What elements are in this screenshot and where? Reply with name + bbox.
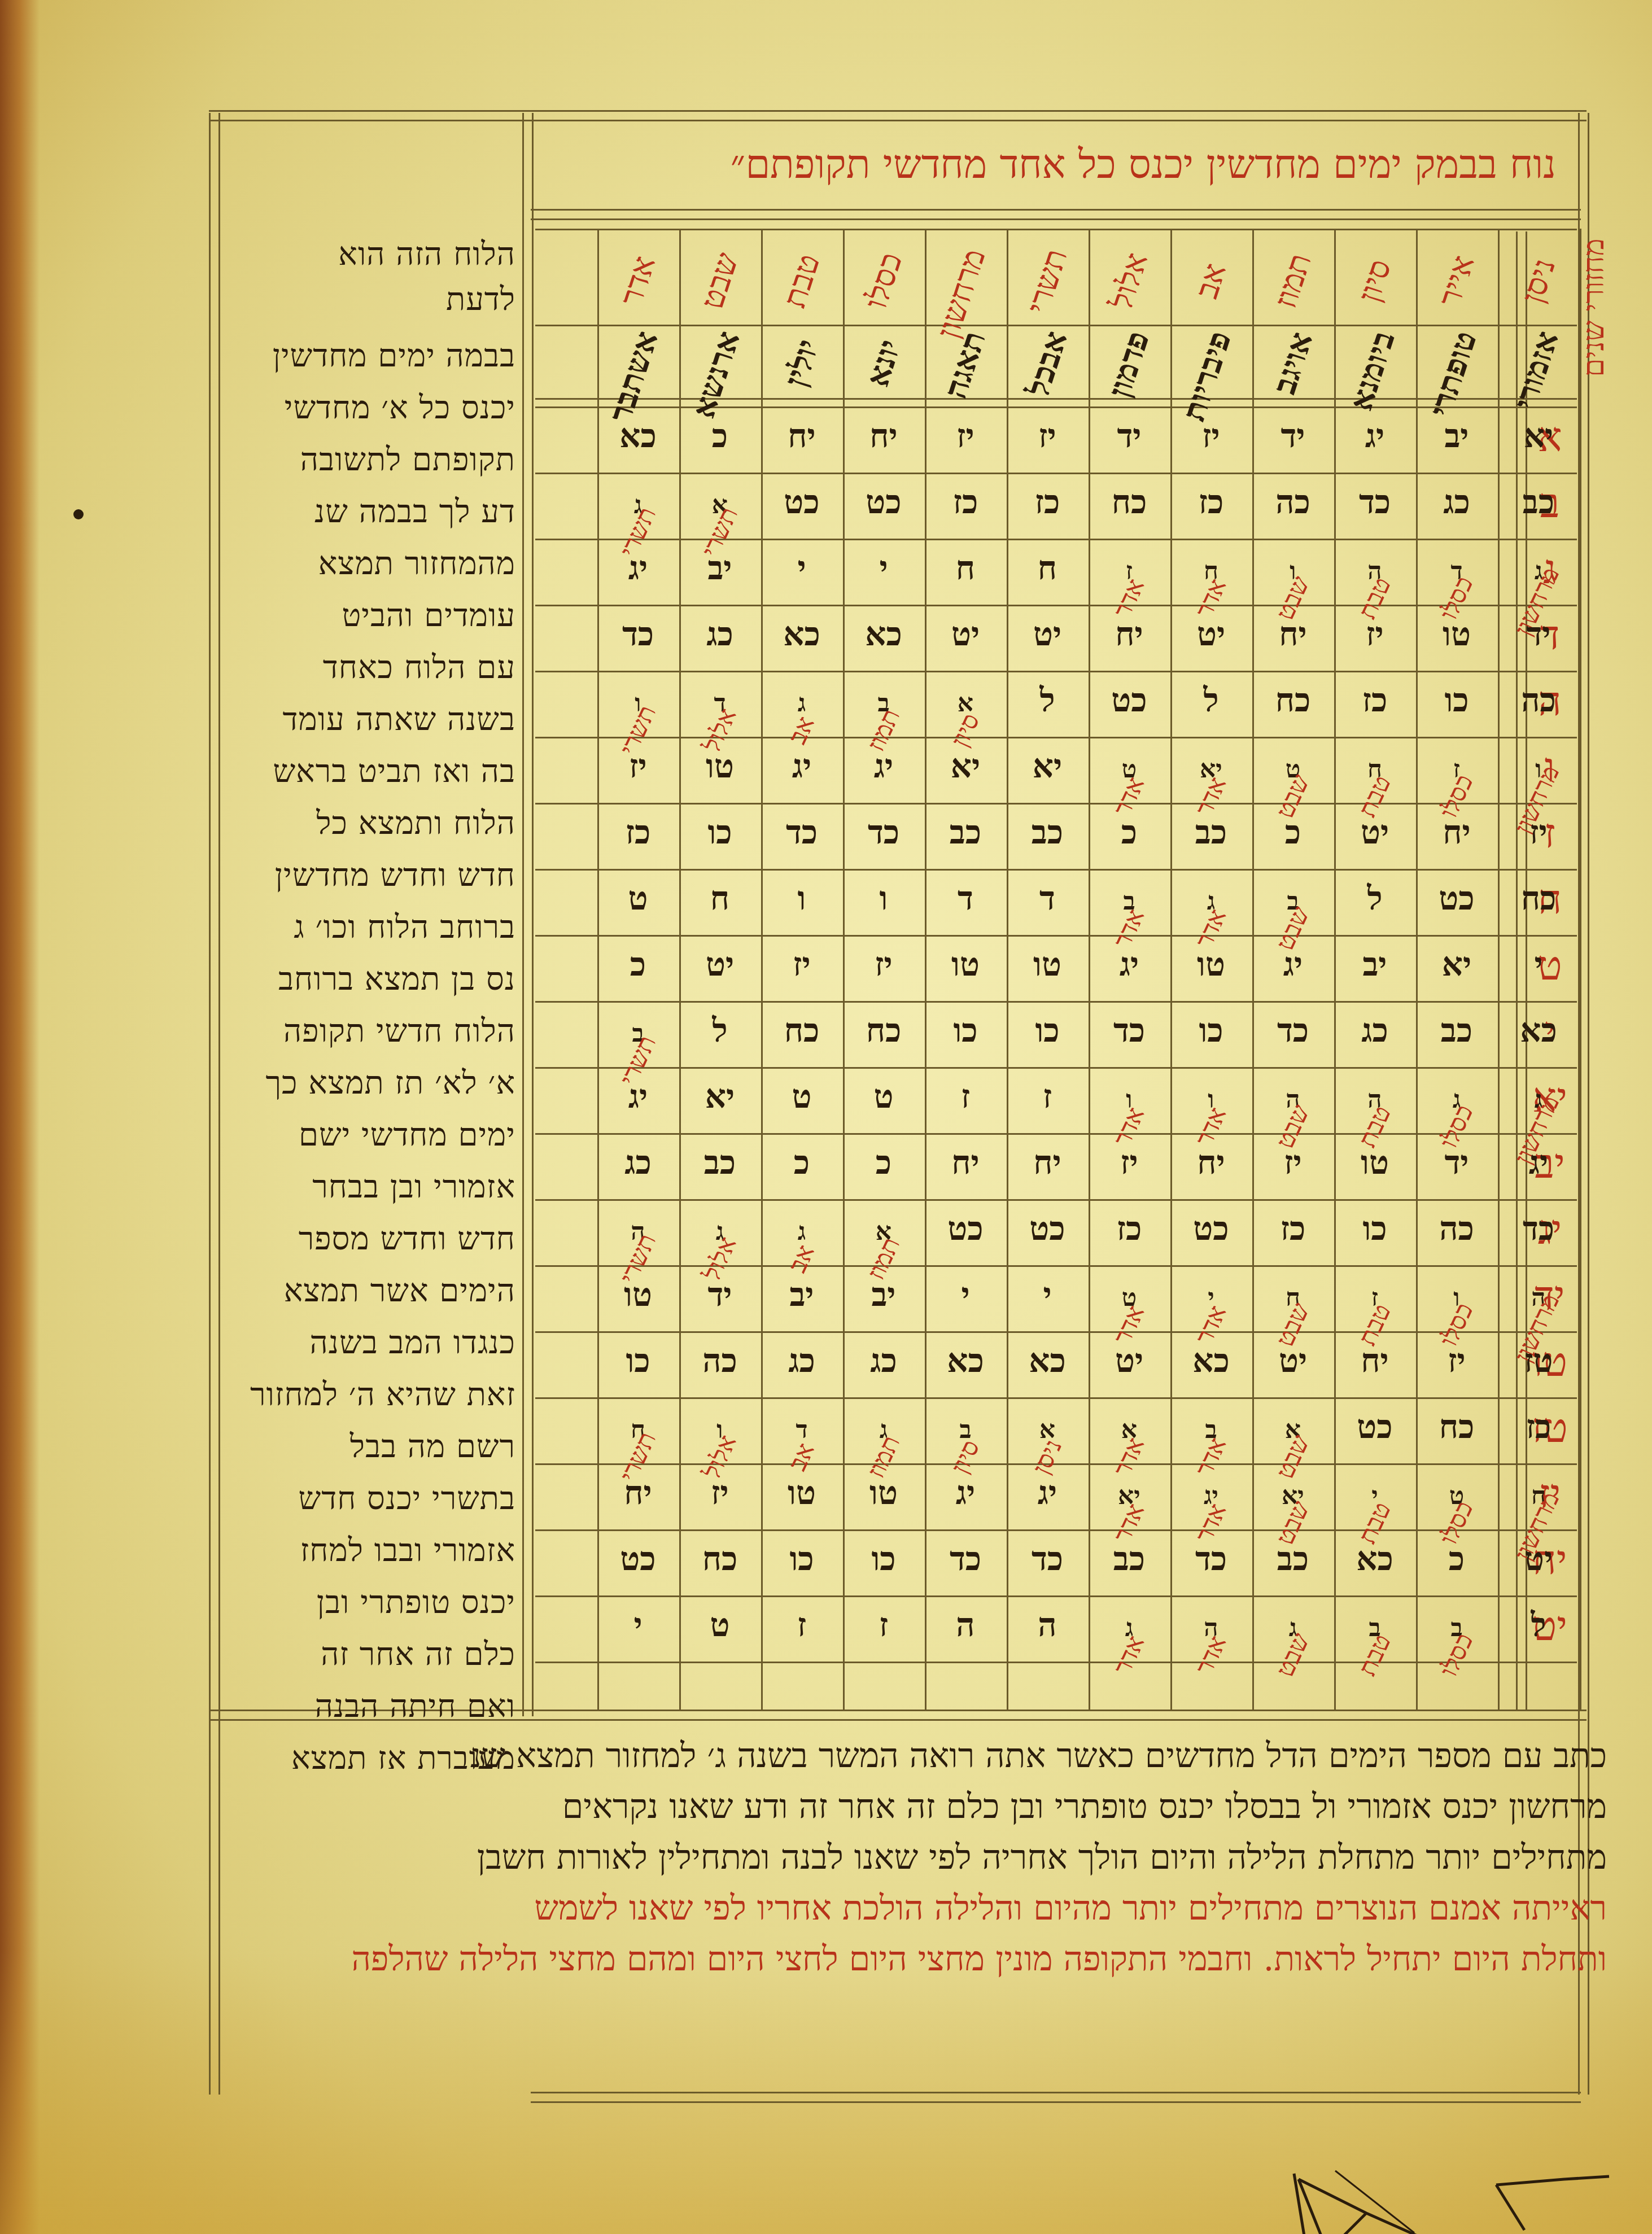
table-cell: האדר [1179, 1606, 1243, 1669]
table-cell: כא [851, 615, 916, 653]
left-text-line: הימים אשר תמצא [284, 1273, 515, 1309]
left-text-line: עומדים והביט [342, 597, 515, 634]
table-cell: הטבת [1343, 1077, 1407, 1141]
left-text-line: דע לך בבמה שנ [314, 493, 515, 530]
table-cell: כח [688, 1540, 752, 1578]
table-cell: כו [770, 1540, 834, 1578]
table-cell: כו [606, 1341, 670, 1380]
tekufa-header: יונא [856, 327, 911, 400]
table-cell: טו [688, 747, 752, 785]
table-cell: י [851, 549, 916, 587]
month-header: טבת [774, 244, 829, 317]
table-cell: כ [770, 1143, 834, 1182]
table-cell: יז [1015, 417, 1080, 455]
table-cell: יג [606, 1077, 670, 1116]
table-cell: יז [1179, 417, 1243, 455]
tekufa-header: ארנשא [692, 327, 748, 400]
bottom-line-4-red: ראייתה אמנם הנוצרים מתחילים יותר מהיום ו… [534, 1888, 1607, 1928]
table-cell: כב [1424, 1011, 1489, 1050]
table-cell: טו [1343, 1143, 1407, 1182]
table-cell: יד [688, 1275, 752, 1314]
table-cell: יד [1097, 417, 1161, 455]
table-cell: טו [1424, 615, 1489, 653]
table-cell: גאב [770, 681, 834, 745]
table-cell: כו [1179, 1011, 1243, 1050]
row-rule [535, 325, 1577, 326]
left-text-line: חדש וחדש מחדשין [275, 857, 515, 894]
table-cell: חתשרי [606, 1407, 670, 1471]
table-cell: זכסלו [1424, 747, 1489, 811]
table-cell: כח [1424, 1407, 1489, 1446]
table-cell: יב [1424, 417, 1489, 455]
table-cell: באדר [1097, 879, 1161, 943]
table-cell: י [1015, 1275, 1080, 1314]
table-cell: כג [770, 1341, 834, 1380]
table-cell: כט [1424, 879, 1489, 917]
top-frame-rule [209, 110, 1587, 121]
page-title: נוח בבמק ימים מחדשין יכנס כל אחד מחדשי ת… [731, 141, 1556, 188]
table-cell: יט [1261, 1341, 1325, 1380]
table-cell: כ [606, 945, 670, 983]
table-cell: ל [688, 1011, 752, 1050]
left-text-line: יכנס טופתרי ובן [317, 1584, 515, 1621]
table-cell: דכסלו [1424, 549, 1489, 613]
table-cell: יג [1506, 1143, 1571, 1182]
left-text-line: אזמורי ובבו למחז [300, 1532, 515, 1569]
table-cell: כט [770, 483, 834, 521]
table-cell: כו [933, 1011, 998, 1050]
table-cell: אאדר [1097, 1407, 1161, 1471]
table-cell: יז [1424, 1341, 1489, 1380]
table-cell: כד [851, 813, 916, 851]
table-cell: כ [851, 1143, 916, 1182]
table-cell: יאשבט [1261, 1474, 1325, 1537]
table-cell: כט [1015, 1209, 1080, 1248]
row-rule [535, 1067, 1577, 1069]
row-rule [535, 1199, 1577, 1201]
table-cell: ה [933, 1606, 998, 1644]
table-cell: יג [1343, 417, 1407, 455]
table-cell: יא [1015, 747, 1080, 785]
table-cell: יא [1506, 417, 1571, 455]
table-cell: יא [933, 747, 998, 785]
table-cell: כב [1015, 813, 1080, 851]
tekufa-header: אשתבר [610, 327, 666, 400]
table-cell: יב [1343, 945, 1407, 983]
table-cell: אתשרי [688, 483, 752, 547]
table-cell: כג [606, 1143, 670, 1182]
table-cell: כב [1097, 1540, 1161, 1578]
page-spine-shadow [0, 0, 40, 2234]
table-cell: כז [1097, 1209, 1161, 1248]
month-header: מרחשון [938, 244, 993, 317]
table-cell: כד [1261, 1011, 1325, 1050]
column-rule [1170, 229, 1172, 1711]
table-cell: גשבט [1261, 1606, 1325, 1669]
table-cell: גאדר [1179, 879, 1243, 943]
table-cell: יט [933, 615, 998, 653]
table-cell: ט [688, 1606, 752, 1644]
column-rule [1007, 229, 1008, 1711]
table-cell: יט [1015, 615, 1080, 653]
table-cell: טאדר [1097, 747, 1161, 811]
bottom-line-2: מרחשון יכנס אזמורי ול בבסלו יכנס טופתרי … [562, 1787, 1607, 1826]
table-cell: יח [1179, 1143, 1243, 1182]
left-heading-line-1: הלוח הזה הוא [338, 236, 515, 273]
table-cell: יב [851, 1275, 916, 1314]
table-cell: בסיון [933, 1407, 998, 1471]
table-cell: כח [1506, 879, 1571, 917]
table-cell: אסיון [933, 681, 998, 745]
table-cell: יח [851, 417, 916, 455]
table-cell: יג [1015, 1474, 1080, 1512]
table-cell: יג [851, 747, 916, 785]
month-header: תמוז [1265, 244, 1320, 317]
table-cell: יט [1097, 1341, 1161, 1380]
table-cell: ז [770, 1606, 834, 1644]
row-rule [535, 1595, 1577, 1597]
left-text-line: עם הלוח כאחד [323, 649, 515, 686]
left-text-line: זאת שהיא ה׳ למחזור [250, 1376, 515, 1413]
tekufa-header: אזמורי [1511, 327, 1566, 400]
tekufa-header: פיבריות [1183, 327, 1239, 400]
table-cell: ט [851, 1077, 916, 1116]
table-cell: ו [851, 879, 916, 917]
table-cell: דאב [770, 1407, 834, 1471]
table-cell: כ [1424, 1540, 1489, 1578]
left-text-line: כלם זה אחר זה [321, 1636, 515, 1673]
table-cell: כד [770, 813, 834, 851]
table-cell: טו [770, 1474, 834, 1512]
cell-month-name: אדר [1103, 1620, 1156, 1690]
table-cell: ז [1015, 1077, 1080, 1116]
tekufa-header: טופתרי [1429, 327, 1484, 400]
table-cell: י [1506, 945, 1571, 983]
table-cell: דאלול [688, 681, 752, 745]
left-text-line: בה ואז תביט בראש [273, 753, 515, 790]
table-cell: אניסן [1015, 1407, 1080, 1471]
table-cell: יגאדר [1179, 1474, 1243, 1537]
table-cell: כב [1261, 1540, 1325, 1578]
row-rule [535, 1397, 1577, 1399]
table-cell: ח [933, 549, 998, 587]
table-cell: טאדר [1097, 1275, 1161, 1339]
table-cell: גמרחשון [1506, 549, 1571, 613]
table-cell: כט [606, 1540, 670, 1578]
left-heading-line-2: לדעת [446, 281, 515, 318]
column-rule [597, 229, 599, 1711]
table-cell: כו [1343, 1209, 1407, 1248]
column-rule [761, 229, 763, 1711]
table-cell: כז [1343, 681, 1407, 719]
table-cell: כה [1261, 483, 1325, 521]
table-cell: י [606, 1606, 670, 1644]
left-text-line: נס בן תמצא ברוחב [278, 961, 515, 998]
table-cell: ט [606, 879, 670, 917]
table-cell: טו [933, 945, 998, 983]
table-cell: טו [1179, 945, 1243, 983]
column-rule [843, 229, 845, 1711]
bottom-line-1: כתב עם מספר הימים הדל מחדשים כאשר אתה רו… [470, 1736, 1607, 1776]
table-cell: כד [1343, 483, 1407, 521]
cell-month-name: אדר [1185, 1620, 1238, 1690]
table-cell: ל [1015, 681, 1080, 719]
table-cell: יב [688, 549, 752, 587]
left-text-line: ימים מחדשי ישם [299, 1117, 515, 1153]
table-cell: הטבת [1343, 549, 1407, 613]
table-cell: כב [933, 813, 998, 851]
table-cell: כא [933, 1341, 998, 1380]
table-cell: כו [1424, 681, 1489, 719]
table-cell: כד [606, 615, 670, 653]
left-text-line: כנגדו המב בשנה [310, 1324, 515, 1361]
table-cell: כה [688, 1341, 752, 1380]
table-cell: יאאדר [1179, 747, 1243, 811]
table-cell: ה [1015, 1606, 1080, 1644]
table-cell: כד [1015, 1540, 1080, 1578]
table-cell: וכסלו [1424, 1275, 1489, 1339]
bottom-line-3: מתחילים יותר מתחלת הלילה והיום הולך אחרי… [477, 1838, 1607, 1877]
column-rule [679, 229, 681, 1711]
table-cell: גתשרי [606, 483, 670, 547]
table-cell: כה [1506, 681, 1571, 719]
table-cell: ז [933, 1077, 998, 1116]
left-text-line: בבמה ימים מחדשין [273, 338, 515, 374]
tekufa-header: יולין [774, 327, 829, 400]
table-cell: יז [1261, 1143, 1325, 1182]
column-rule [1089, 229, 1090, 1711]
table-cell: ט [770, 1077, 834, 1116]
table-cell: כז [606, 813, 670, 851]
table-cell: בתשרי [606, 1011, 670, 1075]
month-header: אדר [610, 244, 665, 317]
cell-month-name: טבת [1348, 1620, 1401, 1690]
table-cell: יא [688, 1077, 752, 1116]
table-cell: בכסלו [1424, 1606, 1489, 1669]
table-cell: יז [1097, 1143, 1161, 1182]
row-rule [535, 229, 1577, 230]
table-cell: כה [1424, 1209, 1489, 1248]
table-cell: כב [1179, 813, 1243, 851]
table-cell: ל [1343, 879, 1407, 917]
table-cell: יטבת [1343, 1474, 1407, 1537]
row-header-label: מחזורי שנים [1577, 234, 1611, 381]
left-text-line: א׳ לא׳ תז תמצא כך [266, 1065, 515, 1101]
table-cell: טו [851, 1474, 916, 1512]
table-cell: כד [1179, 1540, 1243, 1578]
left-text-line: הלוח ותמצא כל [316, 805, 515, 842]
tekufa-header: אבכל [1020, 327, 1075, 400]
table-cell: ד [1015, 879, 1080, 917]
table-cell: יח [606, 1474, 670, 1512]
tekufa-header: תאגה [938, 327, 993, 400]
column-rule [1252, 229, 1254, 1711]
table-cell: כד [933, 1540, 998, 1578]
table-cell: טו [1015, 945, 1080, 983]
table-cell: המרחשון [1506, 1275, 1571, 1339]
table-cell: יג [1261, 945, 1325, 983]
table-cell: חשבט [1261, 1275, 1325, 1339]
month-header: שבט [692, 244, 747, 317]
table-cell: טז [1506, 1341, 1571, 1380]
marginal-sketch-icon [1282, 2157, 1652, 2234]
column-rule [925, 229, 926, 1711]
left-text-line: ואם חיתה הבנה [315, 1688, 515, 1725]
table-cell: בתמוז [851, 681, 916, 745]
left-text-line: ברוחב הלוח וכו׳ ג [294, 909, 515, 946]
table-cell: יאאדר [1097, 1474, 1161, 1537]
row-rule [535, 605, 1577, 606]
month-header: סיון [1347, 244, 1402, 317]
table-cell: י [770, 549, 834, 587]
table-cell: כ [688, 417, 752, 455]
left-text-line: תקופתם לתשובה [300, 441, 515, 478]
tekufa-header: ביומנא [1347, 327, 1402, 400]
table-cell: יח [1343, 1341, 1407, 1380]
table-cell: גאדר [1097, 1606, 1161, 1669]
month-header: ניסן [1511, 244, 1566, 317]
table-cell: יז [851, 945, 916, 983]
left-text-line: אזמורי ובן בבחר [312, 1169, 515, 1205]
left-text-line: מהמחזור תמצא [318, 545, 515, 582]
table-cell: ל [1506, 1606, 1571, 1644]
month-header: אב [1183, 244, 1238, 317]
table-cell: יד [1424, 1143, 1489, 1182]
table-cell: כג [688, 615, 752, 653]
table-cell: יג [933, 1474, 998, 1512]
table-cell: התשרי [606, 1209, 670, 1273]
table-cell: יז [1343, 615, 1407, 653]
table-cell: יג [606, 549, 670, 587]
row-rule [535, 1001, 1577, 1003]
table-cell: כא [1179, 1341, 1243, 1380]
table-cell: כו [851, 1540, 916, 1578]
table-cell: כט [1097, 681, 1161, 719]
table-cell: ח [1015, 549, 1080, 587]
row-rule [535, 1529, 1577, 1531]
table-cell: יז [688, 1474, 752, 1512]
table-cell: כז [1015, 483, 1080, 521]
title-under-rule [531, 209, 1581, 220]
table-cell: כא [770, 615, 834, 653]
month-header: אלול [1102, 244, 1156, 317]
table-cell: ומרחשון [1506, 747, 1571, 811]
row-rule [535, 1662, 1577, 1663]
table-cell: כב [1506, 483, 1571, 521]
table-cell: יח [1261, 615, 1325, 653]
table-cell: ואדר [1097, 1077, 1161, 1141]
row-rule [535, 869, 1577, 871]
table-cell: כג [1343, 1011, 1407, 1050]
table-cell: באדר [1179, 1407, 1243, 1471]
row-rule [535, 935, 1577, 937]
table-cell: אתמוז [851, 1209, 916, 1273]
tekufa-header: פדמון [1102, 327, 1157, 400]
table-cell: ו [770, 879, 834, 917]
table-cell: זטבת [1343, 1275, 1407, 1339]
left-text-line: בתשרי יכנס חדש [299, 1480, 515, 1517]
month-header: כסלו [856, 244, 911, 317]
table-cell: כז [1506, 1407, 1571, 1446]
left-text-column: הלוח הזה הוא לדעת בבמה ימים מחדשיןיכנס כ… [212, 225, 528, 1715]
left-text-line: חדש וחדש מספר [299, 1221, 515, 1257]
table-cell: יח [1424, 813, 1489, 851]
cell-month-name: שבט [1266, 1620, 1319, 1690]
tekufa-header: אויגב [1265, 327, 1321, 400]
table-cell: כד [1506, 1209, 1571, 1248]
table-cell: כא [1506, 1011, 1571, 1050]
row-rule [535, 671, 1577, 672]
table-cell: כט [851, 483, 916, 521]
table-cell: יז [770, 945, 834, 983]
table-cell: כז [1179, 483, 1243, 521]
table-cell: כג [851, 1341, 916, 1380]
table-cell: י [933, 1275, 998, 1314]
table-cell: כ [1261, 813, 1325, 851]
table-cell: יד [1506, 615, 1571, 653]
table-cell: חטבת [1343, 747, 1407, 811]
table-cell: יב [770, 1275, 834, 1314]
table-cell: אשבט [1261, 1407, 1325, 1471]
table-cell: גתמוז [851, 1407, 916, 1471]
table-cell: יג [770, 747, 834, 785]
table-cell: השבט [1261, 1077, 1325, 1141]
table-cell: כז [1261, 1209, 1325, 1248]
table-cell: יט [688, 945, 752, 983]
cell-month-name: כסלו [1430, 1620, 1483, 1690]
row-rule [535, 1331, 1577, 1333]
table-cell: חאדר [1179, 549, 1243, 613]
table-cell: יח [770, 417, 834, 455]
table-cell: יד [1261, 417, 1325, 455]
table-cell: גכסלו [1424, 1077, 1489, 1141]
table-cell: גאלול [688, 1209, 752, 1273]
table-cell: גמרחשון [1506, 1077, 1571, 1141]
table-cell: טכסלו [1424, 1474, 1489, 1537]
row-rule [535, 1133, 1577, 1135]
table-cell: יז [1506, 813, 1571, 851]
column-rule [1334, 229, 1336, 1711]
table-cell: יט [1506, 1540, 1571, 1578]
table-cell: כ [1097, 813, 1161, 851]
table-cell: כב [688, 1143, 752, 1182]
table-cell: ז [851, 1606, 916, 1644]
binding-hole [73, 509, 84, 519]
table-cell: כח [1261, 681, 1325, 719]
table-cell: ותשרי [606, 681, 670, 745]
left-text-line: בשנה שאתה עומד [283, 701, 515, 738]
table-cell: כא [606, 417, 670, 455]
table-cell: יז [933, 417, 998, 455]
table-cell: ד [933, 879, 998, 917]
table-cell: טו [606, 1275, 670, 1314]
table-cell: כא [1343, 1540, 1407, 1578]
table-cell: יאדר [1179, 1275, 1243, 1339]
table-cell: כט [1179, 1209, 1243, 1248]
left-text-line: רשם מה בבל [350, 1428, 515, 1465]
table-cell: כט [1343, 1407, 1407, 1446]
table-cell: כד [1097, 1011, 1161, 1050]
table-cell: יח [1015, 1143, 1080, 1182]
table-cell: ואדר [1179, 1077, 1243, 1141]
table-cell: ושבט [1261, 549, 1325, 613]
table-cell: טשבט [1261, 747, 1325, 811]
table-cell: כח [851, 1011, 916, 1050]
table-cell: יח [933, 1143, 998, 1182]
table-cell: כז [933, 483, 998, 521]
table-cell: ואלול [688, 1407, 752, 1471]
table-cell: כו [1015, 1011, 1080, 1050]
